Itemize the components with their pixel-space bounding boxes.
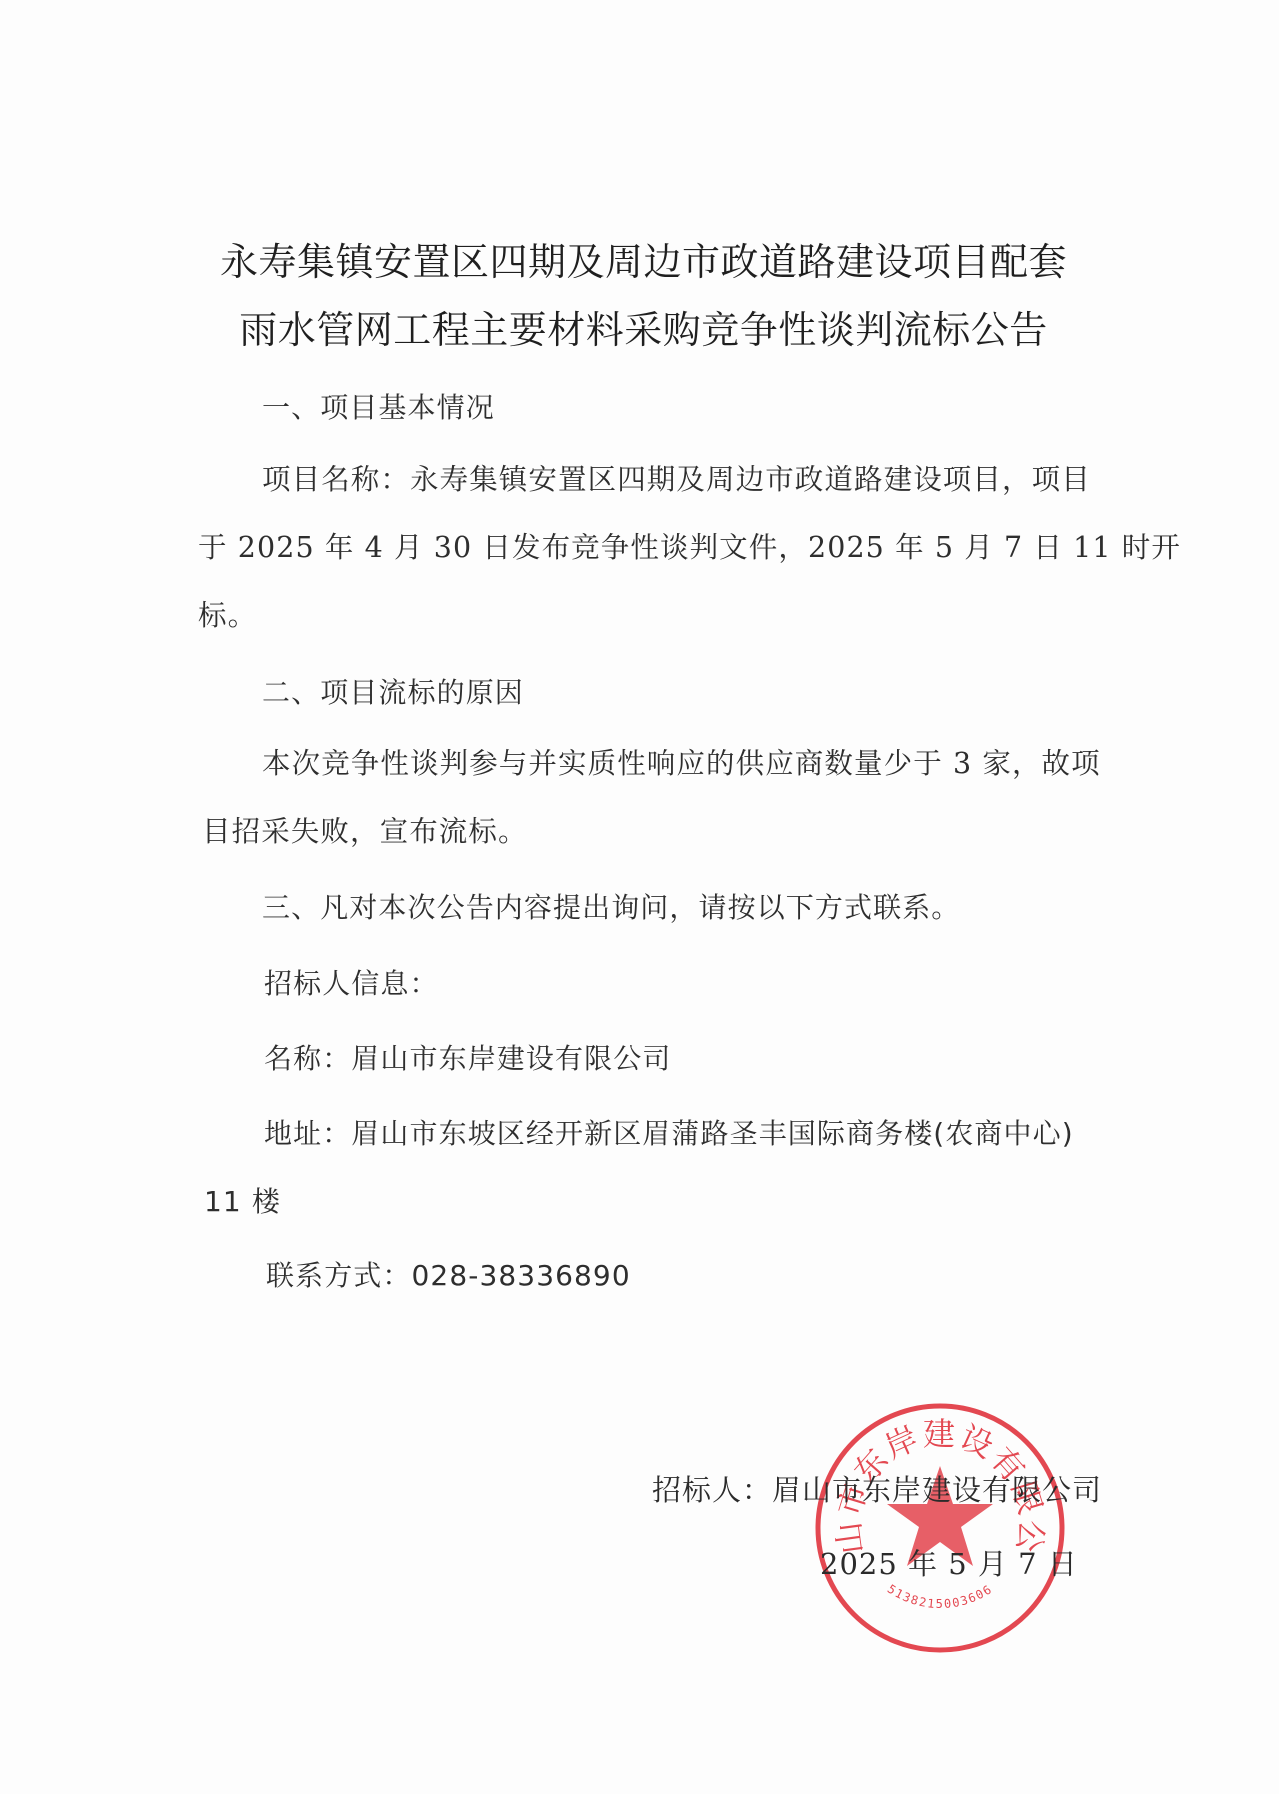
tenderer-info-label: 招标人信息： bbox=[264, 970, 439, 998]
document-title-line-1: 永寿集镇安置区四期及周边市政道路建设项目配套 bbox=[4, 243, 1279, 281]
tenderer-name-line: 名称：眉山市东岸建设有限公司 bbox=[264, 1045, 671, 1073]
svg-text:5138215003606: 5138215003606 bbox=[885, 1582, 995, 1611]
document-page: 永寿集镇安置区四期及周边市政道路建设项目配套 雨水管网工程主要材料采购竞争性谈判… bbox=[0, 0, 1279, 1794]
signature-date: 2025 年 5 月 7 日 bbox=[820, 1550, 1078, 1579]
section-1-paragraph-line-2: 于 2025 年 4 月 30 日发布竞争性谈判文件，2025 年 5 月 7 … bbox=[198, 534, 1181, 563]
section-2-paragraph-line-1: 本次竞争性谈判参与并实质性响应的供应商数量少于 3 家，故项 bbox=[262, 750, 1101, 779]
section-3-heading: 三、凡对本次公告内容提出询问，请按以下方式联系。 bbox=[262, 894, 960, 922]
tenderer-phone-line: 联系方式：028-38336890 bbox=[266, 1262, 631, 1290]
section-2-paragraph-line-2: 目招采失败，宣布流标。 bbox=[202, 818, 528, 847]
section-1-heading: 一、项目基本情况 bbox=[262, 394, 495, 422]
section-1-paragraph-line-1: 项目名称：永寿集镇安置区四期及周边市政道路建设项目，项目 bbox=[262, 466, 1091, 495]
section-2-heading: 二、项目流标的原因 bbox=[262, 679, 524, 707]
tenderer-address-line-1: 地址：眉山市东坡区经开新区眉蒲路圣丰国际商务楼(农商中心) bbox=[264, 1120, 1074, 1148]
section-1-paragraph-line-3: 标。 bbox=[198, 602, 257, 631]
signature-issuer: 招标人：眉山市东岸建设有限公司 bbox=[652, 1476, 1102, 1505]
document-title-line-2: 雨水管网工程主要材料采购竞争性谈判流标公告 bbox=[4, 311, 1279, 349]
official-seal-stamp: 眉山市东岸建设有限公司 5138215003606 bbox=[812, 1400, 1068, 1656]
seal-serial-number: 5138215003606 bbox=[885, 1582, 995, 1611]
tenderer-address-line-2: 11 楼 bbox=[204, 1188, 281, 1216]
